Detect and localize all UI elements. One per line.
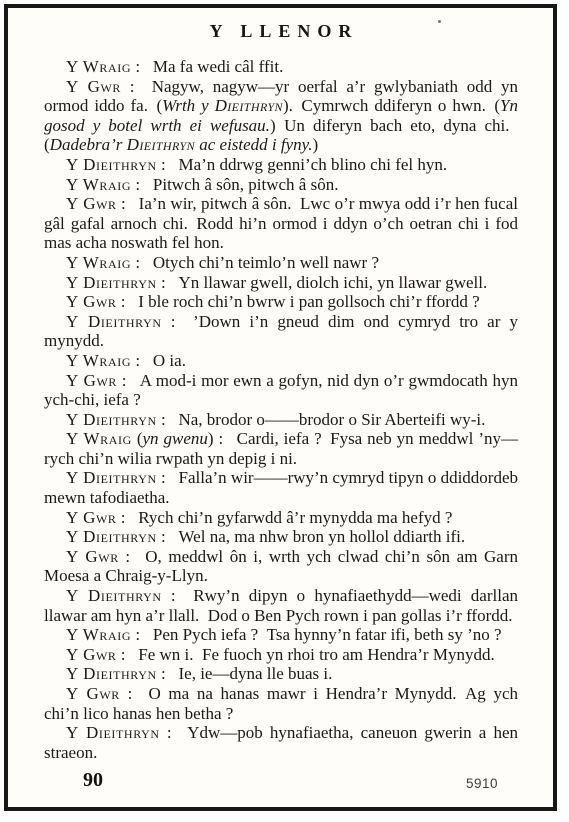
page-border-frame: Y LLENOR Y Wraig : Ma fa wedi câl ffit.Y… xyxy=(4,4,557,811)
dialogue-text: : Rych chi’n gyfarwdd â’r mynydda ma hef… xyxy=(117,508,453,527)
dialogue-text: : Yn llawar gwell, diolch ichi, yn llawa… xyxy=(157,273,487,292)
dialogue-paragraph: Y Dieithryn : Ydw—pob hynafiaetha, caneu… xyxy=(44,723,518,762)
dialogue-paragraph: Y Dieithryn : Wel na, ma nhw bron yn hol… xyxy=(44,527,518,547)
dialogue-text: : O ia. xyxy=(131,351,186,370)
dialogue-text: ). Cymrwch ddiferyn o hwn. ( xyxy=(283,96,500,115)
speaker-label: Y Gwr xyxy=(66,77,121,96)
dialogue-paragraph: Y Gwr : O ma na hanas mawr i Hendra’r My… xyxy=(44,684,518,723)
scan-artifact-speck xyxy=(438,20,441,23)
speaker-label: Y Gwr xyxy=(66,547,119,566)
speaker-label: Y Gwr xyxy=(66,645,117,664)
dialogue-paragraph: Y Dieithryn : Rwy’n dipyn o hynafiaethyd… xyxy=(44,586,518,625)
speaker-label: Y Dieithryn xyxy=(66,723,160,742)
speaker-label: Y Wraig xyxy=(66,253,131,272)
dialogue-paragraph: Y Wraig : Pen Pych iefa ? Tsa hynny’n fa… xyxy=(44,625,518,645)
dialogue-text: ) xyxy=(313,135,319,154)
speaker-label: Y Gwr xyxy=(66,194,117,213)
stage-direction: Dieithryn xyxy=(127,135,195,154)
speaker-label: Y Wraig xyxy=(66,351,131,370)
dialogue-paragraph: Y Gwr : O, meddwl ôn i, wrth ych clwad c… xyxy=(44,547,518,586)
speaker-label: Y Gwr xyxy=(66,371,117,390)
speaker-label: Y Dieithryn xyxy=(66,273,157,292)
stage-direction: ac eistedd i fyny. xyxy=(195,135,313,154)
dialogue-paragraph: Y Gwr : Rych chi’n gyfarwdd â’r mynydda … xyxy=(44,508,518,528)
dialogue-text: : Ma fa wedi câl ffit. xyxy=(131,57,283,76)
dialogue-paragraph: Y Dieithryn : Ie, ie—dyna lle buas i. xyxy=(44,664,518,684)
dialogue-paragraph: Y Dieithryn : Na, brodor o——brodor o Sir… xyxy=(44,410,518,430)
dialogue: Y Wraig : Ma fa wedi câl ffit.Y Gwr : Na… xyxy=(44,57,518,762)
speaker-label: Y Wraig xyxy=(66,57,131,76)
dialogue-text: : Na, brodor o——brodor o Sir Aberteifi w… xyxy=(157,410,486,429)
dialogue-text: : Wel na, ma nhw bron yn hollol ddiarth … xyxy=(157,527,465,546)
stage-direction: yn gwenu xyxy=(143,429,208,448)
dialogue-paragraph: Y Wraig (yn gwenu) : Cardi, iefa ? Fysa … xyxy=(44,429,518,468)
stage-direction: Wrth y xyxy=(162,96,215,115)
dialogue-paragraph: Y Wraig : Pitwch â sôn, pitwch â sôn. xyxy=(44,175,518,195)
speaker-label: Y Dieithryn xyxy=(66,586,162,605)
dialogue-paragraph: Y Dieithryn : Falla’n wir——rwy’n cymryd … xyxy=(44,468,518,507)
dialogue-paragraph: Y Wraig : O ia. xyxy=(44,351,518,371)
page-number: 90 xyxy=(83,769,103,792)
speaker-label: Y Dieithryn xyxy=(66,155,157,174)
speaker-label: Y Wraig xyxy=(66,625,131,644)
speaker-label: Y Dieithryn xyxy=(66,664,157,683)
speaker-label: Y Dieithryn xyxy=(66,312,162,331)
running-header-title: Y LLENOR xyxy=(8,21,553,42)
dialogue-text: : Otych chi’n teimlo’n well nawr ? xyxy=(131,253,379,272)
dialogue-text: : I ble roch chi’n bwrw i pan gollsoch c… xyxy=(117,292,480,311)
stage-direction: Dieithryn xyxy=(215,96,283,115)
stage-direction: Dadebra’r xyxy=(50,135,127,154)
dialogue-paragraph: Y Dieithryn : Ma’n ddrwg genni’ch blino … xyxy=(44,155,518,175)
speaker-label: Y Dieithryn xyxy=(66,410,157,429)
speaker-label: Y Dieithryn xyxy=(66,527,157,546)
dialogue-paragraph: Y Wraig : Ma fa wedi câl ffit. xyxy=(44,57,518,77)
dialogue-text: : Ie, ie—dyna lle buas i. xyxy=(157,664,333,683)
scanned-book-page: Y LLENOR Y Wraig : Ma fa wedi câl ffit.Y… xyxy=(0,0,569,822)
dialogue-paragraph: Y Dieithryn : Yn llawar gwell, diolch ic… xyxy=(44,273,518,293)
dialogue-paragraph: Y Gwr : I ble roch chi’n bwrw i pan goll… xyxy=(44,292,518,312)
dialogue-paragraph: Y Gwr : Fe wn i. Fe fuoch yn rhoi tro am… xyxy=(44,645,518,665)
speaker-label: Y Wraig xyxy=(66,175,131,194)
speaker-label: Y Gwr xyxy=(66,292,117,311)
print-code: 5910 xyxy=(466,776,498,791)
speaker-label: Y Gwr xyxy=(66,508,117,527)
dialogue-text: : Pitwch â sôn, pitwch â sôn. xyxy=(131,175,338,194)
dialogue-paragraph: Y Gwr : Nagyw, nagyw—yr oerfal a’r gwlyb… xyxy=(44,77,518,155)
speaker-label: Y Wraig xyxy=(66,429,132,448)
dialogue-text: : Fe wn i. Fe fuoch yn rhoi tro am Hendr… xyxy=(117,645,495,664)
speaker-label: Y Gwr xyxy=(66,684,120,703)
dialogue-paragraph: Y Gwr : Ia’n wir, pitwch â sôn. Lwc o’r … xyxy=(44,194,518,253)
dialogue-paragraph: Y Wraig : Otych chi’n teimlo’n well nawr… xyxy=(44,253,518,273)
speaker-label: Y Dieithryn xyxy=(66,468,157,487)
dialogue-text: : Pen Pych iefa ? Tsa hynny’n fatar ifi,… xyxy=(131,625,501,644)
dialogue-paragraph: Y Dieithryn : ’Down i’n gneud dim ond cy… xyxy=(44,312,518,351)
dialogue-text: ( xyxy=(132,429,143,448)
dialogue-text: : Ma’n ddrwg genni’ch blino chi fel hyn. xyxy=(157,155,447,174)
dialogue-paragraph: Y Gwr : A mod-i mor ewn a gofyn, nid dyn… xyxy=(44,371,518,410)
